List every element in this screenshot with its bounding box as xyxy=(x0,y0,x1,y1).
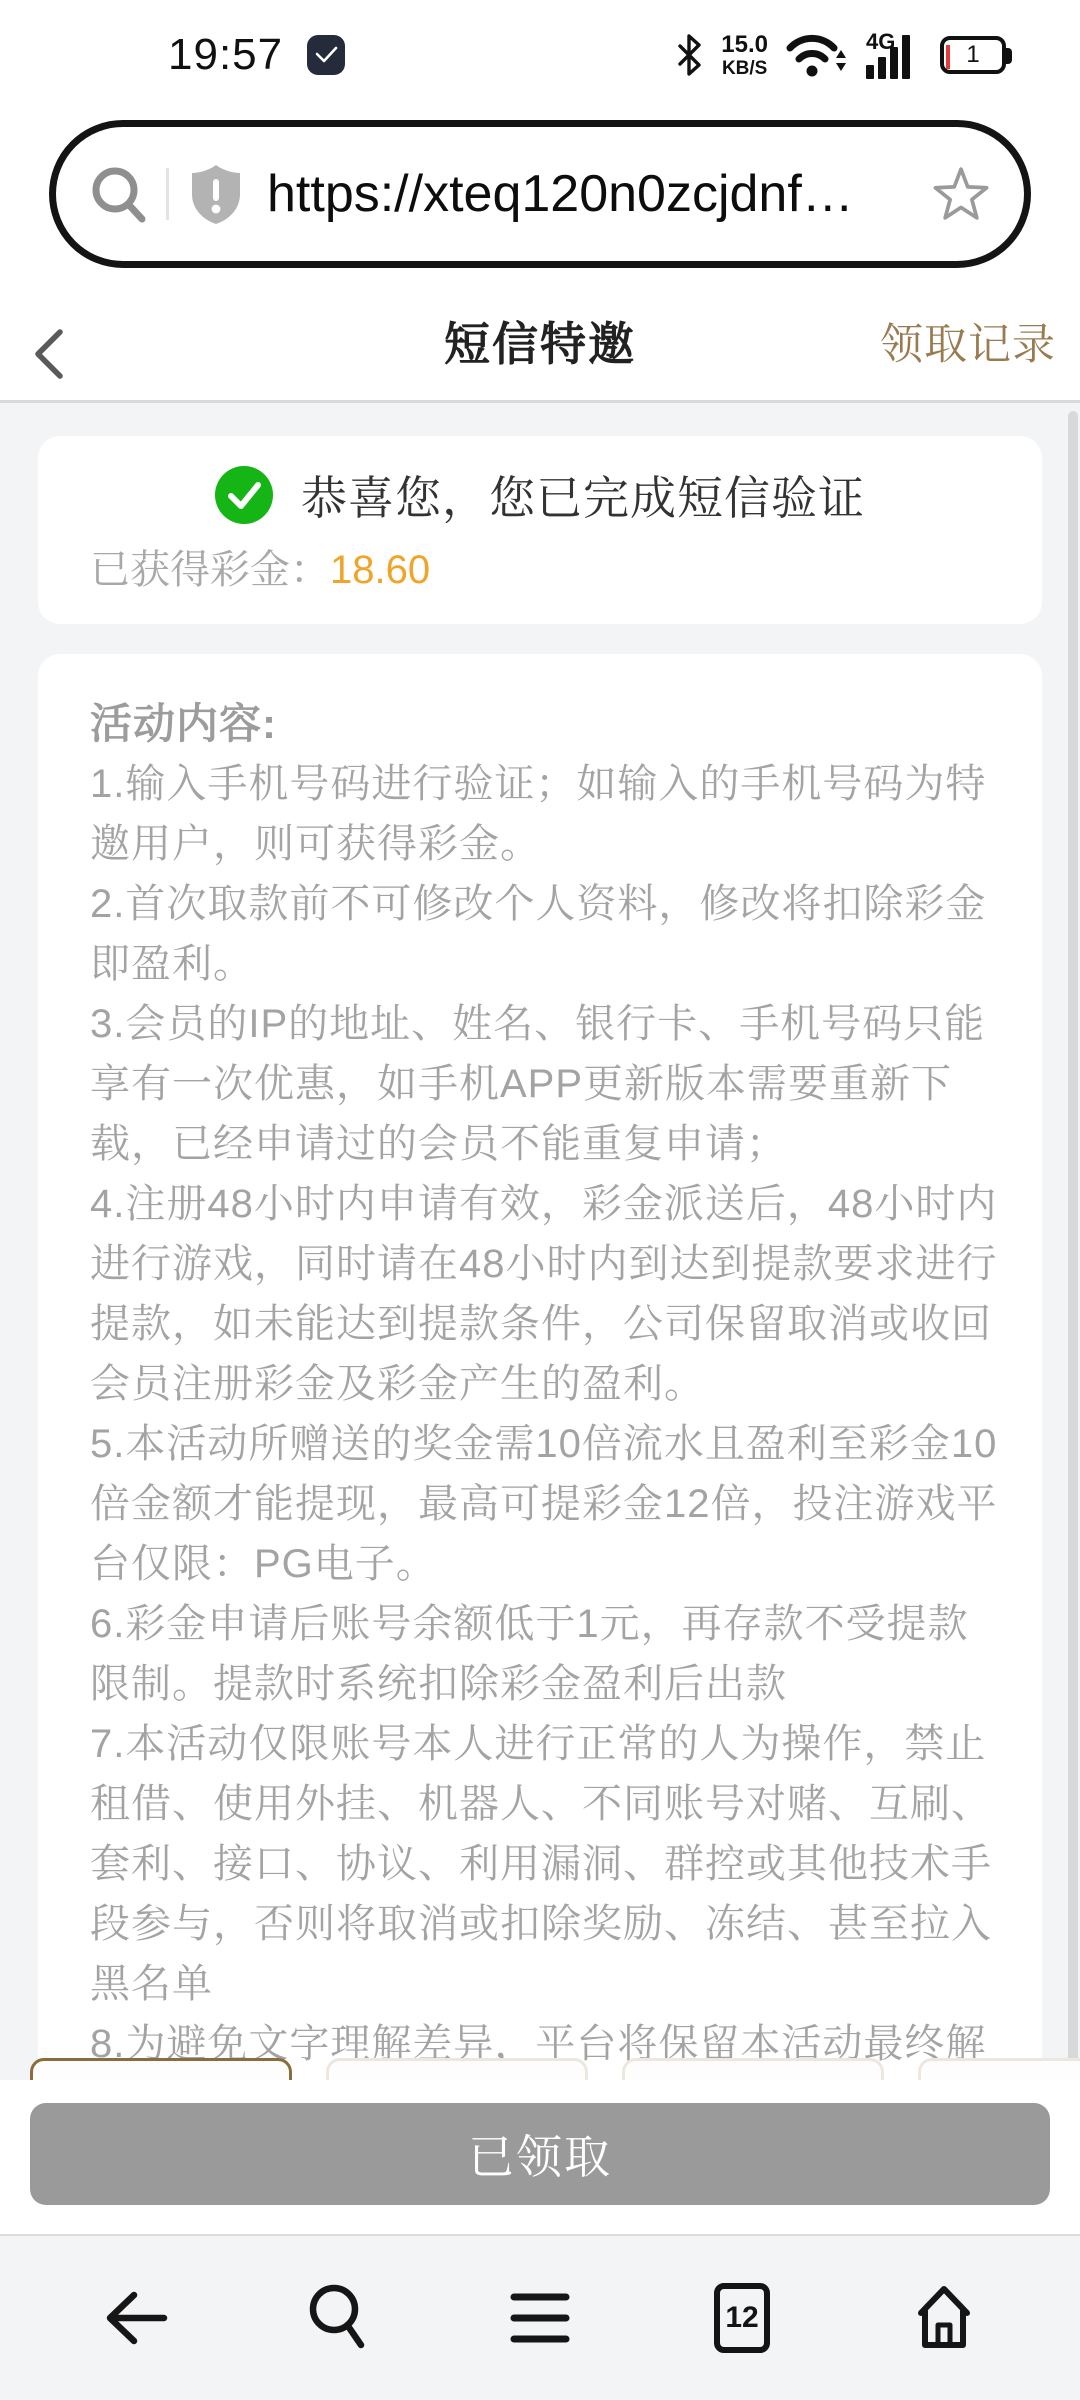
nav-search-icon[interactable] xyxy=(302,2280,374,2356)
bonus-value: 18.60 xyxy=(330,548,430,592)
promo-tab[interactable] xyxy=(326,2058,588,2080)
rules-title: 活动内容: xyxy=(90,694,998,754)
bluetooth-icon xyxy=(675,34,705,76)
network-speed-indicator: 15.0 KB/S xyxy=(721,33,768,78)
success-check-icon xyxy=(215,466,273,524)
notification-check-icon xyxy=(307,35,345,75)
claim-button[interactable]: 已领取 xyxy=(30,2103,1050,2205)
rule-text: 6.彩金申请后账号余额低于1元，再存款不受提款限制。提款时系统扣除彩金盈利后出款 xyxy=(90,1594,998,1714)
nav-home-icon[interactable] xyxy=(908,2280,980,2356)
url-text: https://xteq120n0zcjdnf… xyxy=(267,164,854,224)
scrollbar[interactable] xyxy=(1068,411,1078,2066)
bonus-label: 已获得彩金： xyxy=(90,548,330,592)
site-security-shield-icon[interactable] xyxy=(189,163,243,225)
phone-screen: 19:57 15.0 KB/S xyxy=(0,0,1080,2400)
divider xyxy=(166,168,169,220)
open-tabs-count: 12 xyxy=(725,2301,758,2335)
status-bar: 19:57 15.0 KB/S xyxy=(0,0,1080,110)
rule-text: 7.本活动仅限账号本人进行正常的人为操作，禁止租借、使用外挂、机器人、不同账号对… xyxy=(90,1714,998,2014)
address-bar[interactable]: https://xteq120n0zcjdnf… xyxy=(49,120,1031,268)
battery-icon: 1 xyxy=(940,36,1006,74)
cellular-signal-icon: 4G xyxy=(866,31,924,79)
nav-menu-icon[interactable] xyxy=(504,2280,576,2356)
nav-tabs-icon[interactable]: 12 xyxy=(706,2280,778,2356)
search-icon xyxy=(90,165,148,223)
verification-result-card: 恭喜您，您已完成短信验证 已获得彩金：18.60 xyxy=(38,436,1042,624)
activity-rules-card: 活动内容: 1.输入手机号码进行验证；如输入的手机号码为特邀用户，则可获得彩金。… xyxy=(38,654,1042,2080)
browser-toolbar: https://xteq120n0zcjdnf… xyxy=(0,110,1080,270)
rule-text: 3.会员的IP的地址、姓名、银行卡、手机号码只能享有一次优惠，如手机APP更新版… xyxy=(90,994,998,1174)
success-message: 恭喜您，您已完成短信验证 xyxy=(301,462,865,528)
rule-text: 1.输入手机号码进行验证；如输入的手机号码为特邀用户，则可获得彩金。 xyxy=(90,754,998,874)
rule-text: 2.首次取款前不可修改个人资料，修改将扣除彩金即盈利。 xyxy=(90,874,998,994)
bonus-line: 已获得彩金：18.60 xyxy=(38,546,1042,594)
bookmark-star-icon[interactable] xyxy=(932,166,990,222)
claim-bar: 已领取 xyxy=(0,2080,1080,2234)
promo-tab-strip xyxy=(30,2058,1080,2080)
page-content: 恭喜您，您已完成短信验证 已获得彩金：18.60 活动内容: 1.输入手机号码进… xyxy=(0,403,1080,2080)
promo-tab[interactable] xyxy=(30,2058,292,2080)
rules-list: 1.输入手机号码进行验证；如输入的手机号码为特邀用户，则可获得彩金。2.首次取款… xyxy=(90,754,998,2080)
promo-tab[interactable] xyxy=(622,2058,884,2080)
rule-text: 4.注册48小时内申请有效，彩金派送后，48小时内进行游戏，同时请在48小时内到… xyxy=(90,1174,998,1414)
claim-records-link[interactable]: 领取记录 xyxy=(880,311,1056,372)
clock-time: 19:57 xyxy=(168,30,283,80)
nav-back-icon[interactable] xyxy=(100,2280,172,2356)
page-header: 短信特邀 领取记录 xyxy=(0,270,1080,403)
rule-text: 5.本活动所赠送的奖金需10倍流水且盈利至彩金10倍金额才能提现，最高可提彩金1… xyxy=(90,1414,998,1594)
browser-bottom-nav: 12 xyxy=(0,2234,1080,2400)
wifi-icon xyxy=(784,30,850,80)
promo-tab[interactable] xyxy=(918,2058,1080,2080)
